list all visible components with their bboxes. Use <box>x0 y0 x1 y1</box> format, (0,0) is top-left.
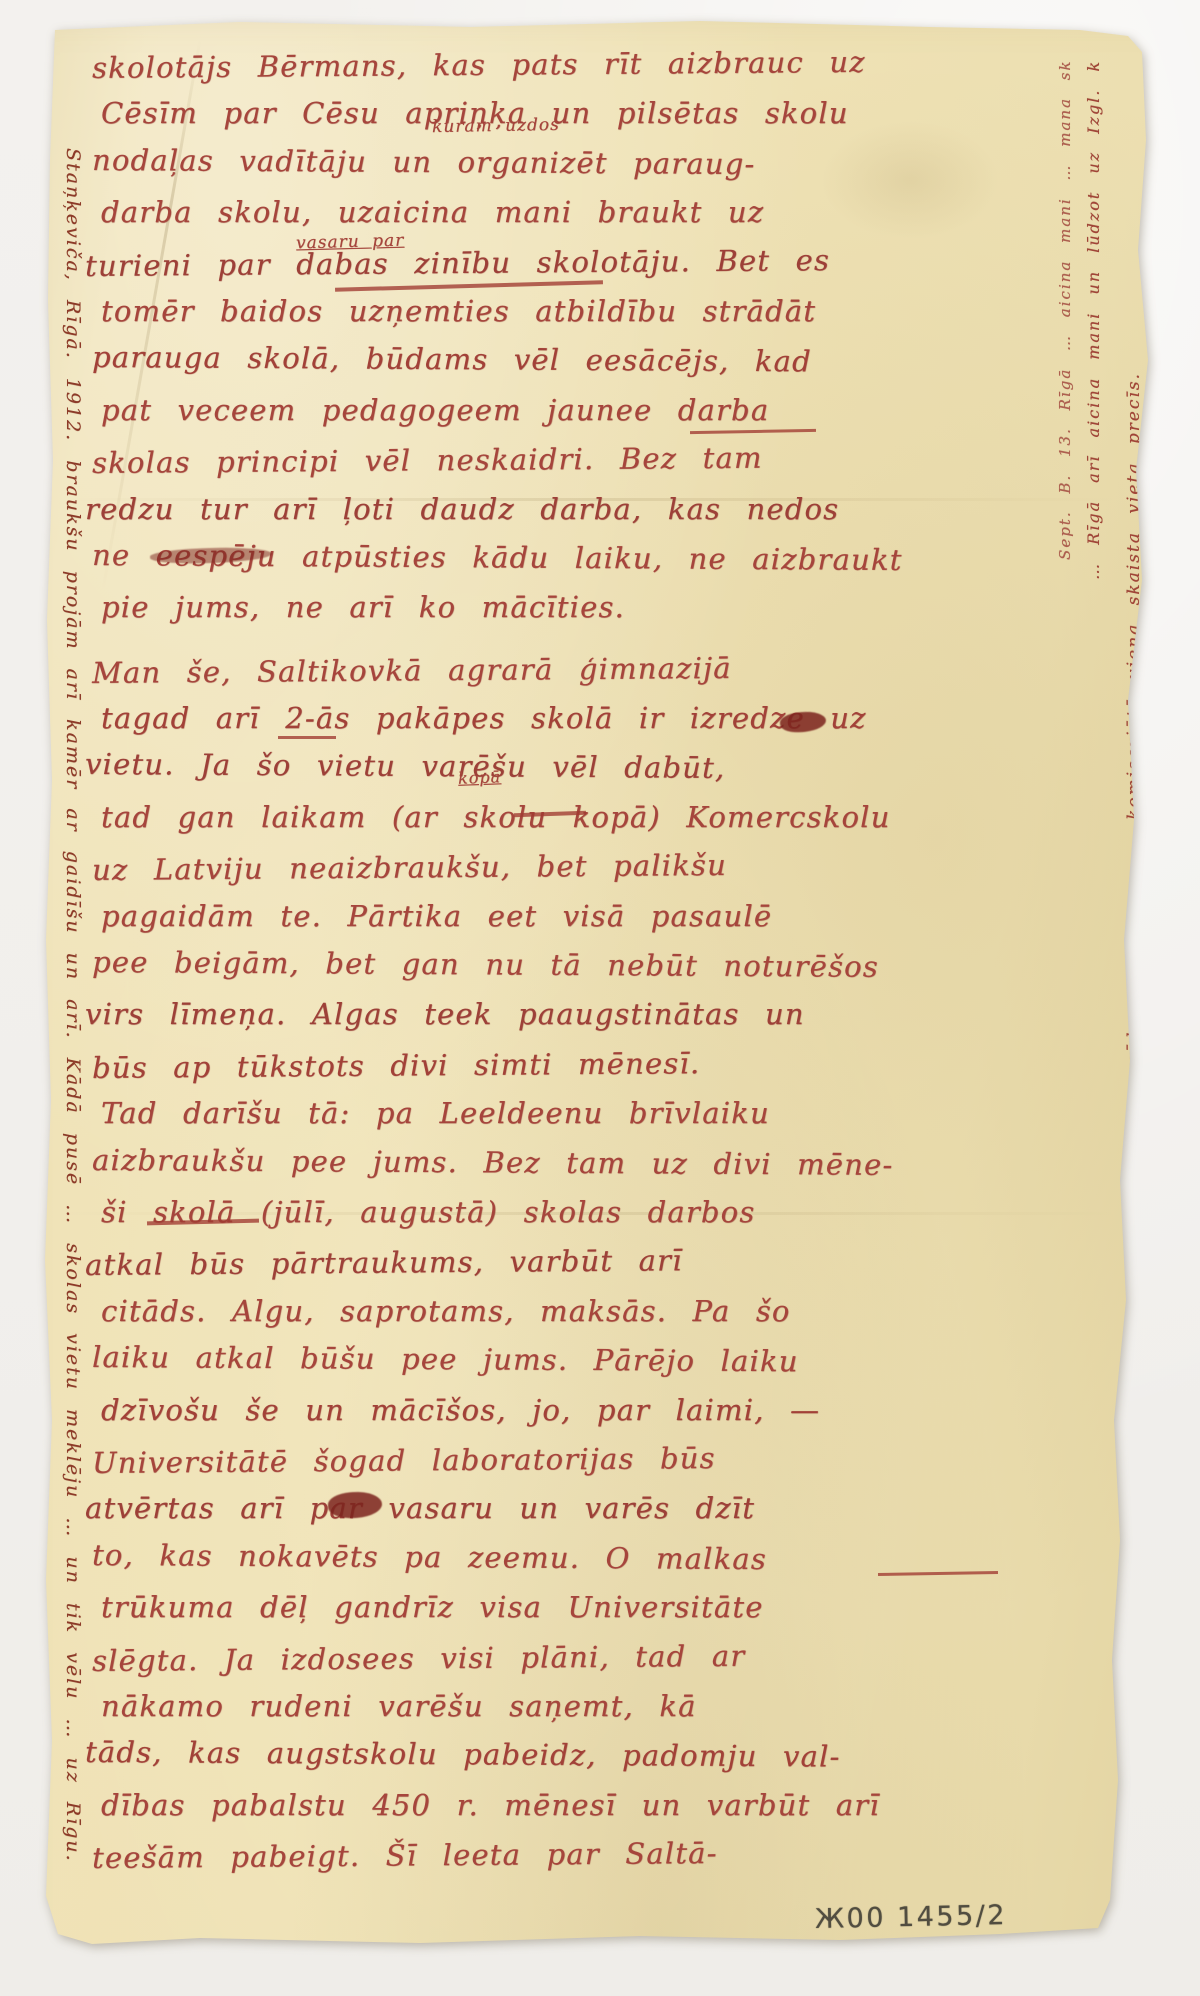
margin-note-right-inner-1: … Rīgā arī aicina mani un lūdzot uz Izgl… <box>1084 62 1103 580</box>
letter-line: tāds, kas augstskolu pabeidz, padomju va… <box>85 1728 1092 1784</box>
letter-line: to, kas nokavēts pa zeemu. O malkas <box>92 1531 1092 1586</box>
letter-line: Man še, Saltikovkā agrarā ģimnazijā <box>92 641 1092 698</box>
interline-insertion-kuram-uzdos: kuram uzdos <box>432 115 560 137</box>
letter-paper: skolotājs Bērmans, kas pats rīt aizbrauc… <box>0 0 1200 1996</box>
letter-line: dības pabalstu 450 r. mēnesī un varbūt a… <box>101 1781 1092 1830</box>
letter-line: pee beigām, bet gan nu tā nebūt noturēšo… <box>92 938 1092 993</box>
letter-line: redzu tur arī ļoti daudz darba, kas nedo… <box>85 485 1092 534</box>
letter-line: Universitātē šogad laboratorijas būs <box>92 1431 1092 1488</box>
letter-body: skolotājs Bērmans, kas pats rīt aizbrauc… <box>92 40 1092 1879</box>
margin-note-right-outer: No Roberta nekādu ziņu: šogad aizrakstīs… <box>1124 62 1144 1630</box>
letter-line: slēgta. Ja izdosees visi plāni, tad ar <box>92 1629 1092 1686</box>
letter-line: atvērtas arī par vasaru un varēs dzīt <box>85 1484 1092 1533</box>
letter-line: citāds. Algu, saprotams, maksās. Pa šo <box>101 1287 1092 1336</box>
letter-line: pat veceem pedagogeem jaunee darba <box>101 386 1092 435</box>
letter-line: pie jums, ne arī ko mācīties. <box>101 583 1092 632</box>
letter-line: nodaļas vadītāju un organizēt paraug- <box>92 136 1092 191</box>
letter-line: ne eespēju atpūsties kādu laiku, ne aizb… <box>92 531 1092 586</box>
letter-line: skolotājs Bērmans, kas pats rīt aizbrauc… <box>92 36 1092 93</box>
letter-line: Tad darīšu tā: pa Leeldeenu brīvlaiku <box>101 1089 1092 1138</box>
interline-insertion-vasaru-par: vasaru par <box>296 231 405 254</box>
letter-line: vietu. Ja šo vietu varēšu vēl dabūt, <box>85 740 1092 796</box>
letter-line: turieni par dabas zinību skolotāju. Bet … <box>85 234 1092 291</box>
letter-line: laiku atkal būšu pee jums. Pārējo laiku <box>92 1333 1092 1388</box>
archive-stamp: Ж00 1455/2 <box>815 1900 1008 1935</box>
letter-line: Cēsīm par Cēsu apriņķa un pilsētas skolu <box>101 89 1092 138</box>
margin-note-right-inner-2: Sept. B. 13. Rīgā … aicina mani … mana s… <box>1056 62 1074 560</box>
letter-line: skolas principi vēl neskaidri. Bez tam <box>92 431 1092 488</box>
letter-line: trūkuma dēļ gandrīz visa Universitāte <box>101 1583 1092 1632</box>
letter-line: parauga skolā, būdams vēl eesācējs, kad <box>92 333 1092 388</box>
letter-line: teešām pabeigt. Šī leeta par Saltā- <box>92 1826 1092 1883</box>
letter-line: dzīvošu še un mācīšos, jo, par laimi, — <box>101 1386 1092 1435</box>
letter-line: ši skolā (jūlī, augustā) skolas darbos <box>101 1188 1092 1237</box>
letter-line: aizbraukšu pee jums. Bez tam uz divi mēn… <box>92 1136 1092 1191</box>
letter-line: atkal būs pārtraukums, varbūt arī <box>85 1233 1092 1290</box>
letter-line: tomēr baidos uzņemties atbildību strādāt <box>101 287 1092 336</box>
letter-line: tad gan laikam (ar skolu kopā) Komercsko… <box>101 793 1092 842</box>
letter-line: nākamo rudeni varēšu saņemt, kā <box>101 1682 1092 1731</box>
interline-insertion-kopa: kopā <box>458 767 502 787</box>
letter-line: uz Latviju neaizbraukšu, bet palikšu <box>92 838 1092 895</box>
scanned-letter: skolotājs Bērmans, kas pats rīt aizbrauc… <box>0 0 1200 1996</box>
letter-line: virs līmeņa. Algas teek paaugstinātas un <box>85 990 1092 1039</box>
letter-line: darba skolu, uzaicina mani braukt uz <box>101 188 1092 237</box>
letter-line: tagad arī 2-ās pakāpes skolā ir izredze … <box>101 694 1092 743</box>
letter-line: būs ap tūkstots divi simti mēnesī. <box>92 1036 1092 1093</box>
letter-line: pagaidām te. Pārtika eet visā pasaulē <box>101 892 1092 941</box>
margin-note-left: Staņķeviča, Rīgā. 1912. braukšu projām a… <box>62 148 84 1918</box>
